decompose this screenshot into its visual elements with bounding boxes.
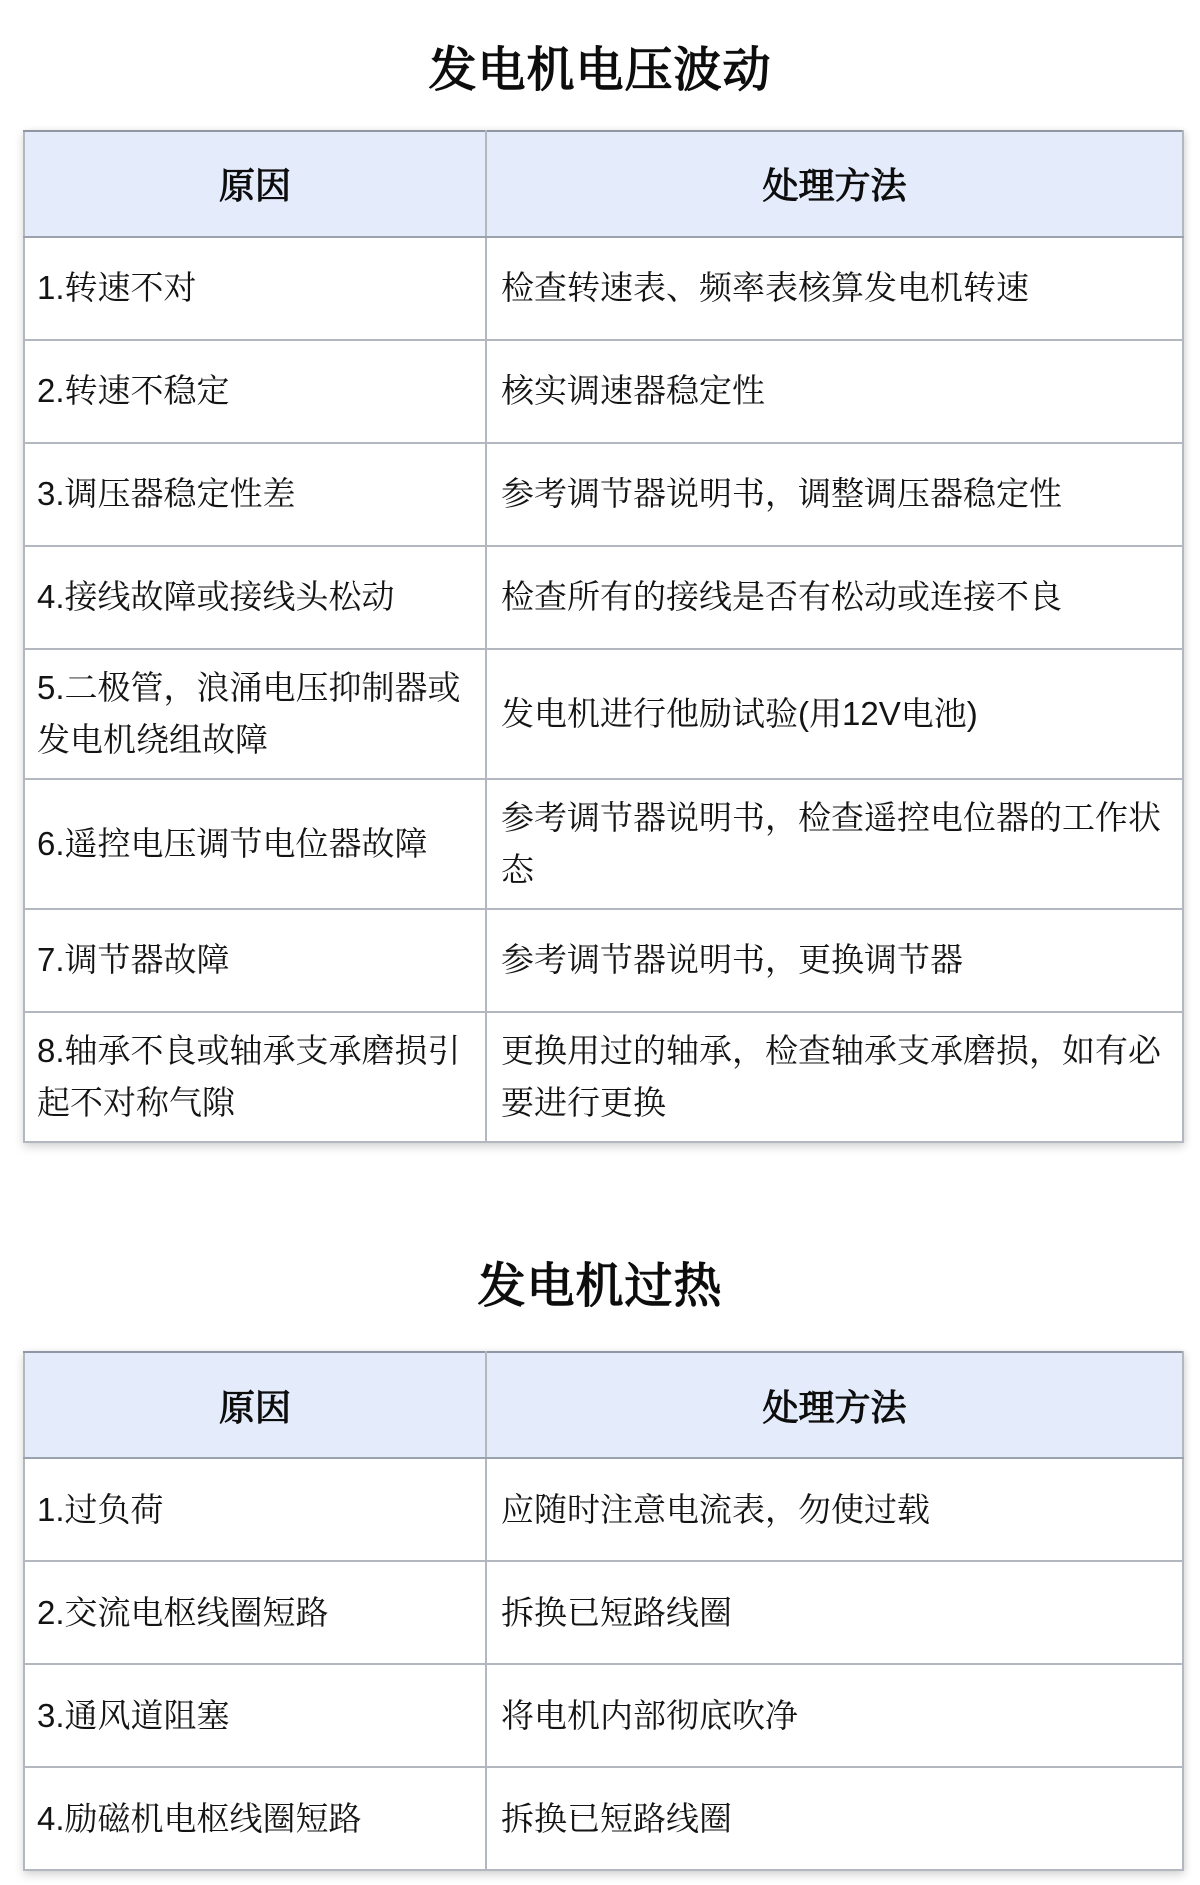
document-page: 发电机电压波动 原因 处理方法 1.转速不对检查转速表、频率表核算发电机转速2.… <box>0 0 1200 1885</box>
table-row: 5.二极管，浪涌电压抑制器或发电机绕组故障发电机进行他励试验(用12V电池) <box>24 649 1183 779</box>
cell-cause: 2.转速不稳定 <box>24 340 486 443</box>
cell-method: 检查所有的接线是否有松动或连接不良 <box>486 546 1183 649</box>
table-row: 4.接线故障或接线头松动检查所有的接线是否有松动或连接不良 <box>24 546 1183 649</box>
cell-cause: 5.二极管，浪涌电压抑制器或发电机绕组故障 <box>24 649 486 779</box>
cell-method: 发电机进行他励试验(用12V电池) <box>486 649 1183 779</box>
cell-method: 拆换已短路线圈 <box>486 1767 1183 1870</box>
header-row: 原因 处理方法 <box>24 1352 1183 1458</box>
voltage-fluctuation-table: 原因 处理方法 1.转速不对检查转速表、频率表核算发电机转速2.转速不稳定核实调… <box>23 130 1184 1143</box>
table-row: 3.通风道阻塞将电机内部彻底吹净 <box>24 1664 1183 1767</box>
cell-cause: 1.转速不对 <box>24 237 486 340</box>
table-body: 1.过负荷应随时注意电流表，勿使过载2.交流电枢线圈短路拆换已短路线圈3.通风道… <box>24 1458 1183 1870</box>
table-row: 2.转速不稳定核实调速器稳定性 <box>24 340 1183 443</box>
section-title-voltage-fluctuation: 发电机电压波动 <box>0 0 1200 100</box>
header-row: 原因 处理方法 <box>24 131 1183 237</box>
table-row: 2.交流电枢线圈短路拆换已短路线圈 <box>24 1561 1183 1664</box>
cell-method: 拆换已短路线圈 <box>486 1561 1183 1664</box>
cell-cause: 4.励磁机电枢线圈短路 <box>24 1767 486 1870</box>
cell-method: 核实调速器稳定性 <box>486 340 1183 443</box>
header-cell-method: 处理方法 <box>486 1352 1183 1458</box>
cell-method: 参考调节器说明书，调整调压器稳定性 <box>486 443 1183 546</box>
table-row: 1.转速不对检查转速表、频率表核算发电机转速 <box>24 237 1183 340</box>
cell-method: 参考调节器说明书，更换调节器 <box>486 909 1183 1012</box>
cell-method: 应随时注意电流表，勿使过载 <box>486 1458 1183 1561</box>
table-row: 7.调节器故障参考调节器说明书，更换调节器 <box>24 909 1183 1012</box>
cell-cause: 2.交流电枢线圈短路 <box>24 1561 486 1664</box>
table-row: 6.遥控电压调节电位器故障参考调节器说明书，检查遥控电位器的工作状态 <box>24 779 1183 909</box>
overheating-table: 原因 处理方法 1.过负荷应随时注意电流表，勿使过载2.交流电枢线圈短路拆换已短… <box>23 1351 1184 1871</box>
cell-method: 参考调节器说明书，检查遥控电位器的工作状态 <box>486 779 1183 909</box>
header-cell-method: 处理方法 <box>486 131 1183 237</box>
cell-cause: 6.遥控电压调节电位器故障 <box>24 779 486 909</box>
table-row: 4.励磁机电枢线圈短路拆换已短路线圈 <box>24 1767 1183 1870</box>
table-row: 8.轴承不良或轴承支承磨损引起不对称气隙更换用过的轴承，检查轴承支承磨损，如有必… <box>24 1012 1183 1142</box>
cell-cause: 3.调压器稳定性差 <box>24 443 486 546</box>
cell-method: 将电机内部彻底吹净 <box>486 1664 1183 1767</box>
cell-method: 更换用过的轴承，检查轴承支承磨损，如有必要进行更换 <box>486 1012 1183 1142</box>
cell-method: 检查转速表、频率表核算发电机转速 <box>486 237 1183 340</box>
table-row: 3.调压器稳定性差参考调节器说明书，调整调压器稳定性 <box>24 443 1183 546</box>
table-row: 1.过负荷应随时注意电流表，勿使过载 <box>24 1458 1183 1561</box>
cell-cause: 8.轴承不良或轴承支承磨损引起不对称气隙 <box>24 1012 486 1142</box>
cell-cause: 3.通风道阻塞 <box>24 1664 486 1767</box>
section-title-overheating: 发电机过热 <box>0 1143 1200 1316</box>
header-cell-cause: 原因 <box>24 1352 486 1458</box>
cell-cause: 1.过负荷 <box>24 1458 486 1561</box>
table-body: 1.转速不对检查转速表、频率表核算发电机转速2.转速不稳定核实调速器稳定性3.调… <box>24 237 1183 1142</box>
cell-cause: 4.接线故障或接线头松动 <box>24 546 486 649</box>
header-cell-cause: 原因 <box>24 131 486 237</box>
cell-cause: 7.调节器故障 <box>24 909 486 1012</box>
